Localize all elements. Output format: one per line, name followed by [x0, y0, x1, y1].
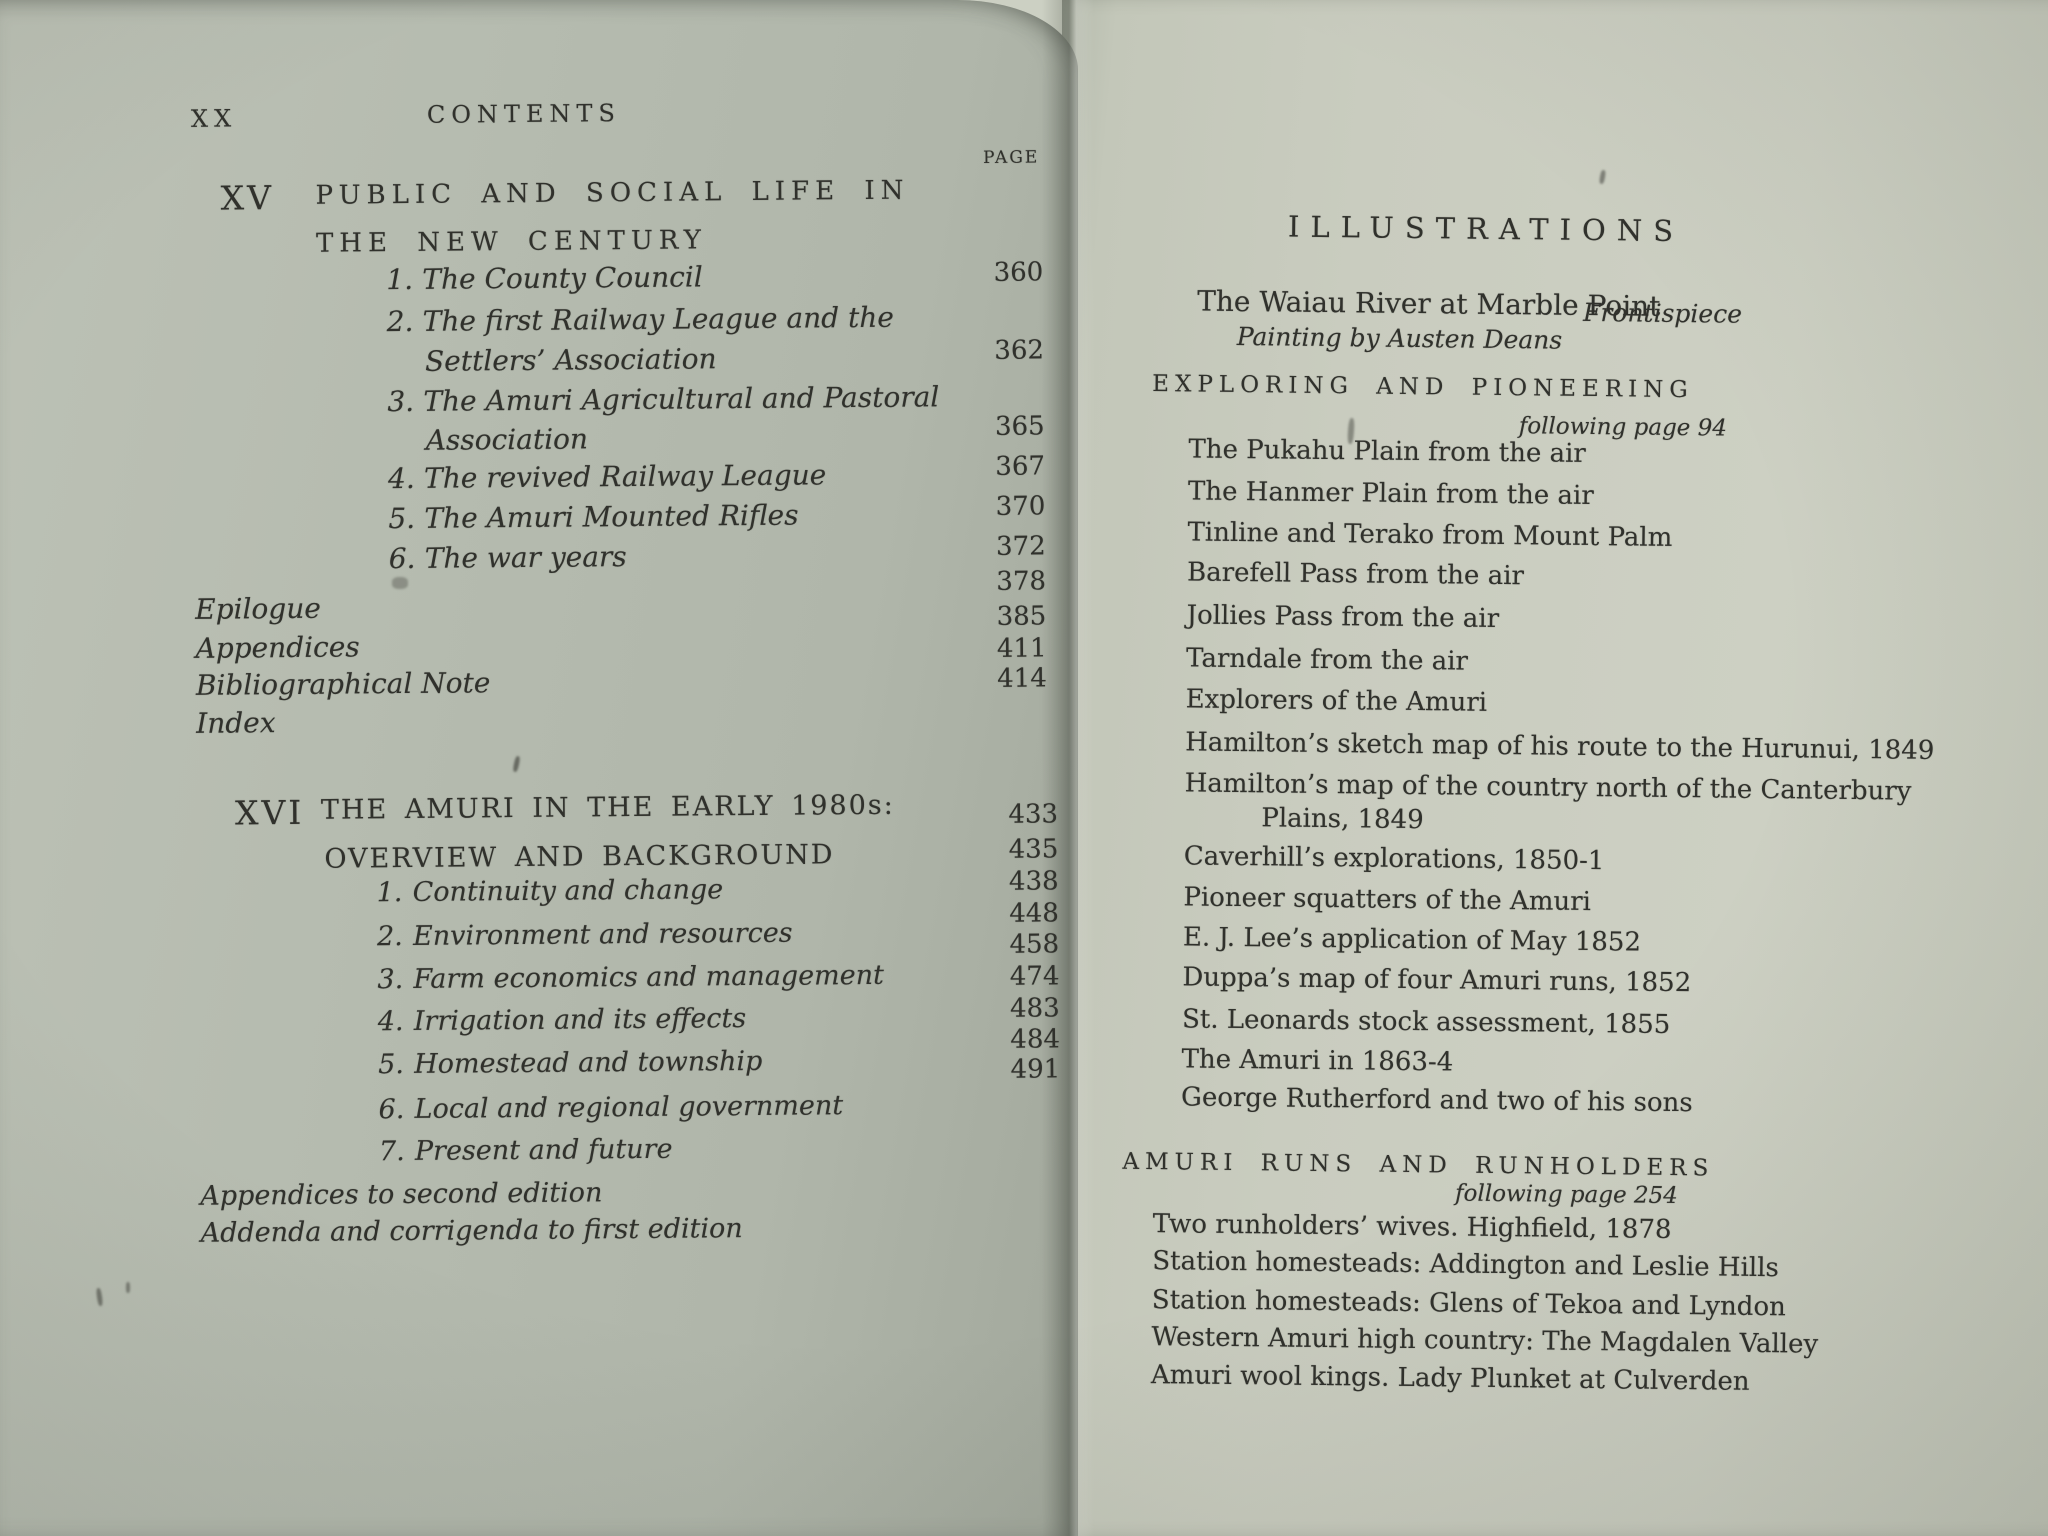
illustration-item: The Pukahu Plain from the air — [1188, 434, 1586, 469]
paper-speck — [392, 577, 408, 589]
illustrations-title: ILLUSTRATIONS — [1288, 210, 1684, 248]
illustration-item: Station homesteads: Addington and Leslie… — [1152, 1246, 1779, 1283]
illustration-item: Tinline and Terako from Mount Palm — [1187, 517, 1672, 552]
illustration-item: Amuri wool kings. Lady Plunket at Culver… — [1151, 1360, 1750, 1397]
illustration-item: Explorers of the Amuri — [1185, 684, 1487, 717]
illustration-item-continuation: Plains, 1849 — [1261, 803, 1424, 835]
illustration-item: Hamilton’s sketch map of his route to th… — [1185, 727, 1934, 765]
frontispiece-label: Frontispiece — [1583, 298, 1742, 329]
illustration-item: Station homesteads: Glens of Tekoa and L… — [1152, 1285, 1786, 1322]
illustration-item: Tarndale from the air — [1186, 643, 1468, 676]
illustration-item: Pioneer squatters of the Amuri — [1183, 882, 1591, 917]
illustration-item: The Amuri in 1863-4 — [1181, 1044, 1453, 1077]
illustration-item: Barefell Pass from the air — [1187, 557, 1524, 591]
paper-speck — [126, 1282, 130, 1293]
illustration-item: George Rutherford and two of his sons — [1181, 1082, 1693, 1118]
illustration-item: Duppa’s map of four Amuri runs, 1852 — [1182, 962, 1691, 998]
illustration-item: Western Amuri high country: The Magdalen… — [1151, 1322, 1818, 1360]
illustration-item: Hamilton’s map of the country north of t… — [1185, 768, 1912, 806]
illustration-item: St. Leonards stock assessment, 1855 — [1182, 1004, 1671, 1040]
illustration-item: Two runholders’ wives. Highfield, 1878 — [1153, 1209, 1672, 1245]
section-note-exploring: following page 94 — [1519, 413, 1727, 441]
section-heading-exploring: EXPLORING AND PIONEERING — [1152, 371, 1694, 403]
frontispiece-credit: Painting by Austen Deans — [1237, 322, 1563, 355]
illustration-item: E. J. Lee’s application of May 1852 — [1183, 922, 1641, 957]
illustration-item: Jollies Pass from the air — [1186, 600, 1499, 634]
section-note-runs: following page 254 — [1455, 1181, 1678, 1210]
book-photo: XX CONTENTS PAGE XV PUBLIC AND SOCIAL LI… — [0, 0, 2048, 1536]
right-page-content: ILLUSTRATIONS The Waiau River at Marble … — [0, 0, 2048, 1536]
illustration-item: Caverhill’s explorations, 1850-1 — [1184, 841, 1605, 876]
section-heading-runs: AMURI RUNS AND RUNHOLDERS — [1122, 1149, 1714, 1182]
illustration-item: The Hanmer Plain from the air — [1188, 476, 1594, 511]
